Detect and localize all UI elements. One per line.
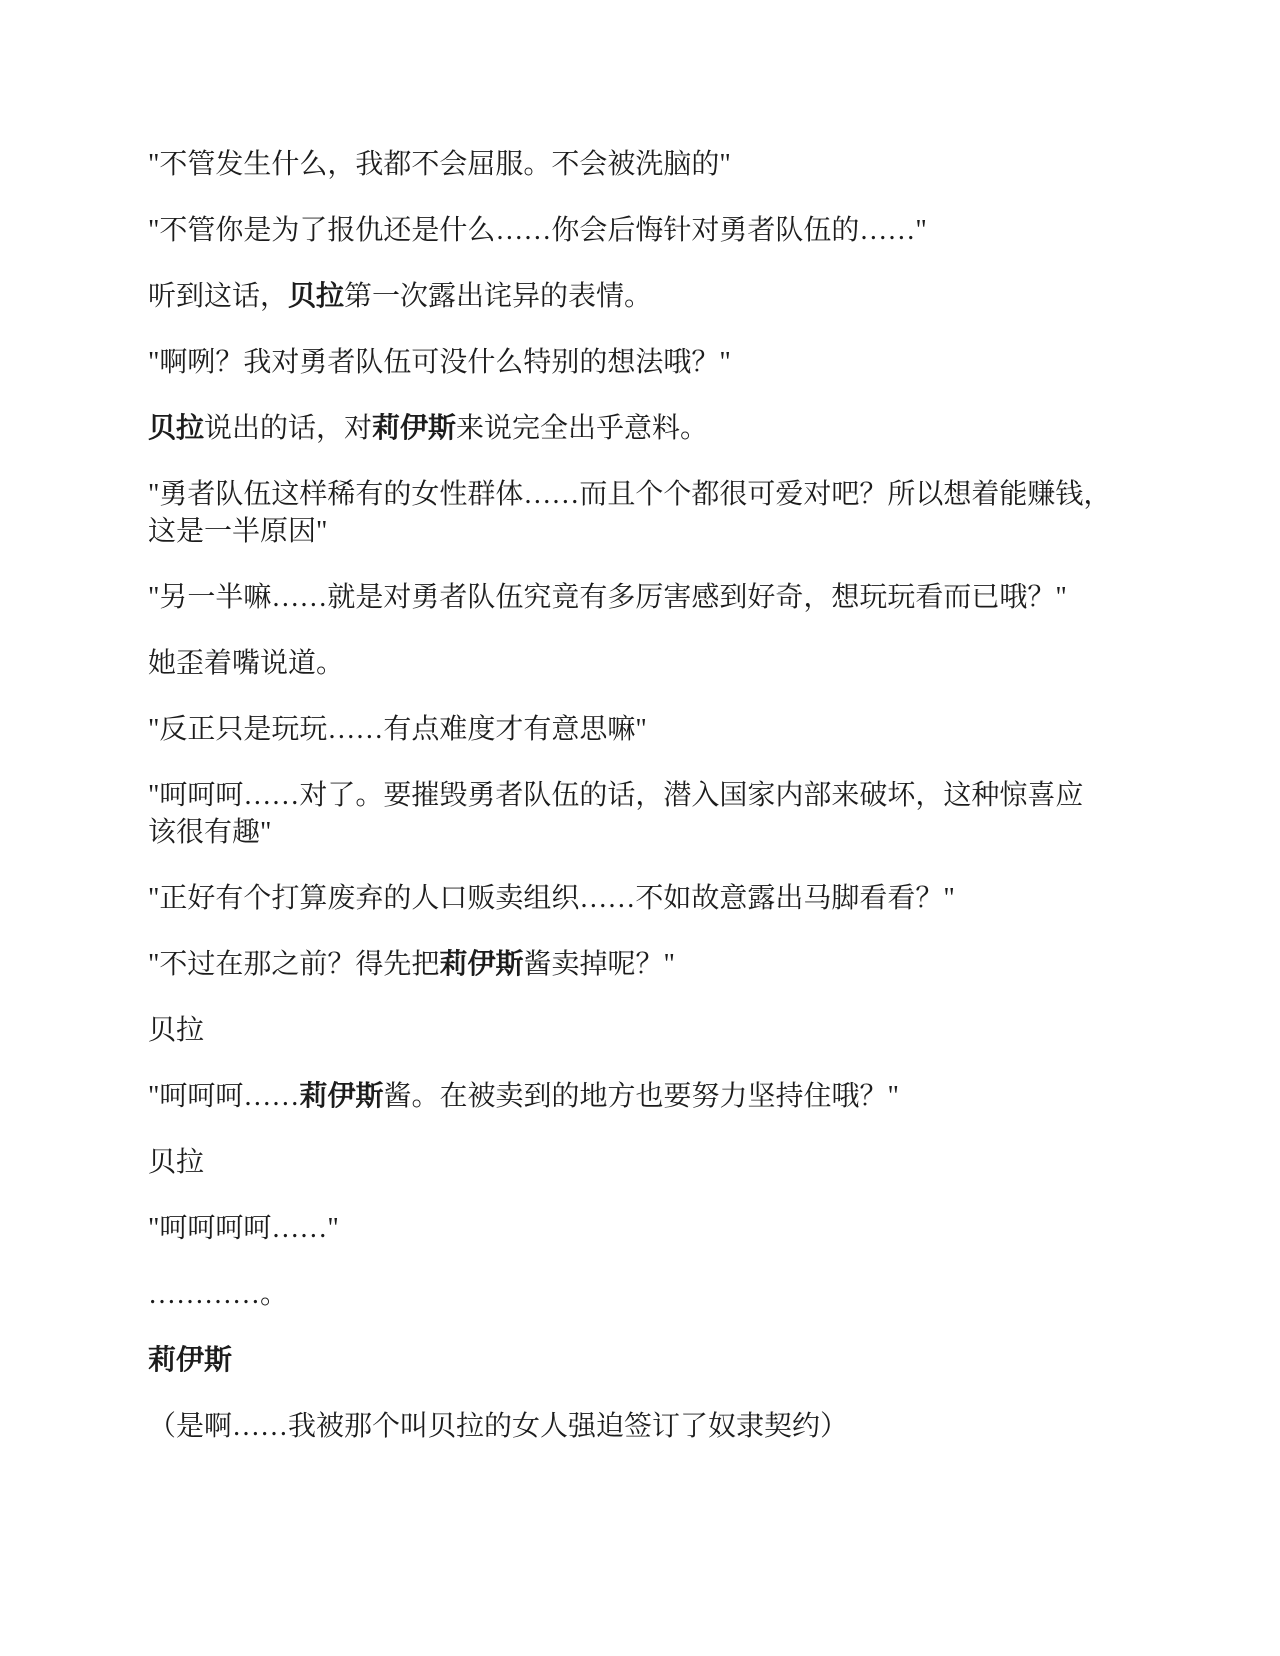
text-run: 酱卖掉呢？" — [523, 949, 674, 980]
paragraph: "不管你是为了报仇还是什么……你会后悔针对勇者队伍的……" — [148, 212, 1132, 249]
text-run: 听到这话， — [148, 281, 288, 312]
text-run: 说出的话，对 — [204, 413, 372, 444]
text-run: "另一半嘛……就是对勇者队伍究竟有多厉害感到好奇，想玩玩看而已哦？" — [148, 582, 1067, 613]
text-run: 她歪着嘴说道。 — [148, 648, 344, 679]
paragraph: 贝拉 — [148, 1012, 1132, 1049]
paragraph: 贝拉说出的话，对莉伊斯来说完全出乎意料。 — [148, 410, 1132, 447]
character-name: 莉伊斯 — [148, 1345, 232, 1376]
paragraph: "呵呵呵呵……" — [148, 1210, 1132, 1247]
text-run: "勇者队伍这样稀有的女性群体……而且个个都很可爱对吧？所以想着能赚钱， 这是一半… — [148, 479, 1111, 547]
text-run: "不管你是为了报仇还是什么……你会后悔针对勇者队伍的……" — [148, 215, 927, 246]
paragraph: "另一半嘛……就是对勇者队伍究竟有多厉害感到好奇，想玩玩看而已哦？" — [148, 579, 1132, 616]
document-page: "不管发生什么，我都不会屈服。不会被洗脑的""不管你是为了报仇还是什么……你会后… — [0, 0, 1280, 1656]
text-run: "不管发生什么，我都不会屈服。不会被洗脑的" — [148, 149, 731, 180]
text-run: 酱。在被卖到的地方也要努力坚持住哦？" — [383, 1081, 898, 1112]
paragraph: 莉伊斯 — [148, 1342, 1132, 1379]
character-name: 莉伊斯 — [372, 413, 456, 444]
text-run: 来说完全出乎意料。 — [456, 413, 708, 444]
paragraph: "呵呵呵……莉伊斯酱。在被卖到的地方也要努力坚持住哦？" — [148, 1078, 1132, 1115]
text-run: "呵呵呵呵……" — [148, 1213, 339, 1244]
text-run: "呵呵呵…… — [148, 1081, 299, 1112]
paragraph: 听到这话，贝拉第一次露出诧异的表情。 — [148, 278, 1132, 315]
paragraph: "不过在那之前？得先把莉伊斯酱卖掉呢？" — [148, 946, 1132, 983]
text-run: "反正只是玩玩……有点难度才有意思嘛" — [148, 714, 647, 745]
paragraph: 她歪着嘴说道。 — [148, 645, 1132, 682]
paragraph: "反正只是玩玩……有点难度才有意思嘛" — [148, 711, 1132, 748]
paragraph: 贝拉 — [148, 1144, 1132, 1181]
paragraph: "正好有个打算废弃的人口贩卖组织……不如故意露出马脚看看？" — [148, 880, 1132, 917]
paragraph: "呵呵呵……对了。要摧毁勇者队伍的话，潜入国家内部来破坏，这种惊喜应 该很有趣" — [148, 777, 1132, 851]
paragraph: "勇者队伍这样稀有的女性群体……而且个个都很可爱对吧？所以想着能赚钱， 这是一半… — [148, 476, 1132, 550]
text-run: "啊咧？我对勇者队伍可没什么特别的想法哦？" — [148, 347, 731, 378]
text-run: …………。 — [148, 1279, 288, 1310]
character-name: 贝拉 — [148, 413, 204, 444]
text-run: 第一次露出诧异的表情。 — [344, 281, 652, 312]
text-run: （是啊……我被那个叫贝拉的女人强迫签订了奴隶契约） — [148, 1411, 848, 1442]
paragraph: "不管发生什么，我都不会屈服。不会被洗脑的" — [148, 146, 1132, 183]
character-name: 莉伊斯 — [299, 1081, 383, 1112]
paragraph: （是啊……我被那个叫贝拉的女人强迫签订了奴隶契约） — [148, 1408, 1132, 1445]
character-name: 莉伊斯 — [439, 949, 523, 980]
paragraph: …………。 — [148, 1276, 1132, 1313]
character-name: 贝拉 — [288, 281, 344, 312]
text-run: "不过在那之前？得先把 — [148, 949, 439, 980]
document-body: "不管发生什么，我都不会屈服。不会被洗脑的""不管你是为了报仇还是什么……你会后… — [0, 0, 1280, 1445]
text-run: 贝拉 — [148, 1015, 204, 1046]
text-run: "正好有个打算废弃的人口贩卖组织……不如故意露出马脚看看？" — [148, 883, 955, 914]
paragraph: "啊咧？我对勇者队伍可没什么特别的想法哦？" — [148, 344, 1132, 381]
text-run: 贝拉 — [148, 1147, 204, 1178]
text-run: "呵呵呵……对了。要摧毁勇者队伍的话，潜入国家内部来破坏，这种惊喜应 该很有趣" — [148, 780, 1083, 848]
